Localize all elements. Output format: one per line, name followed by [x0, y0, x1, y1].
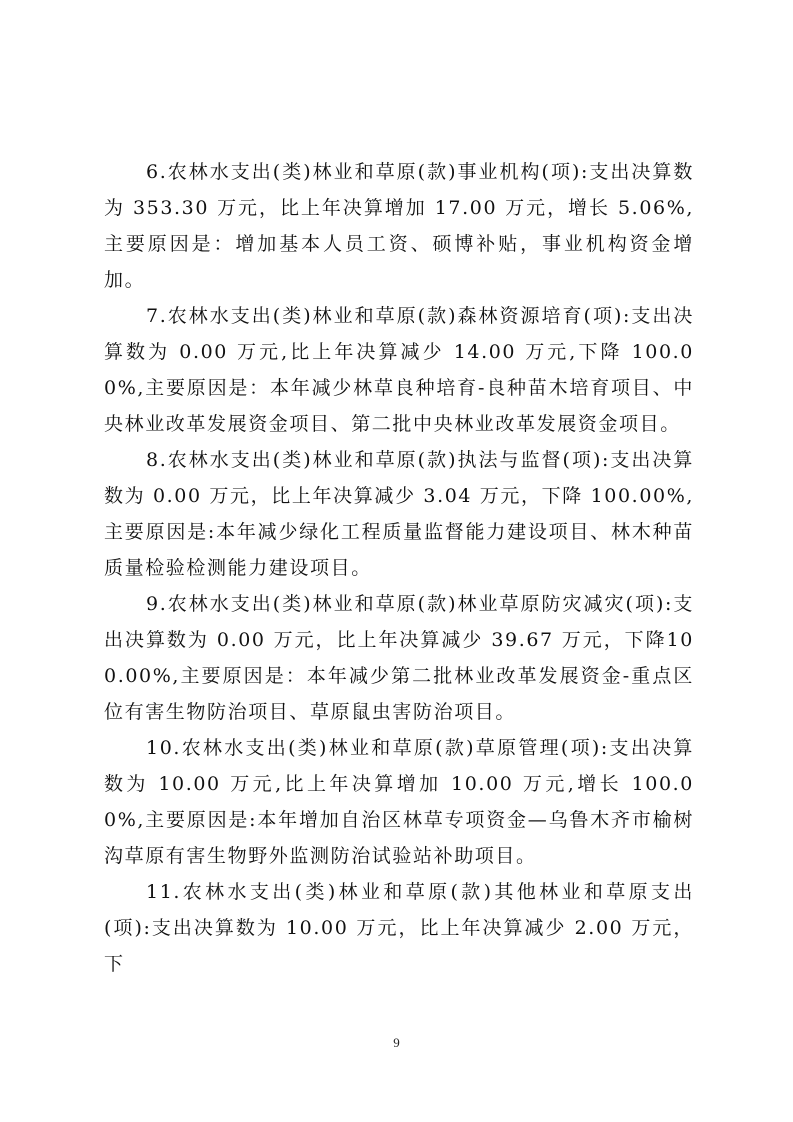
- paragraph-item-7: 7.农林水支出(类)林业和草原(款)森林资源培育(项):支出决算数为 0.00 …: [104, 298, 694, 442]
- paragraph-item-11: 11.农林水支出(类)林业和草原(款)其他林业和草原支出(项):支出决算数为 1…: [104, 874, 694, 982]
- page-number: 9: [0, 1035, 793, 1051]
- paragraph-item-6: 6.农林水支出(类)林业和草原(款)事业机构(项):支出决算数为 353.30 …: [104, 154, 694, 298]
- paragraph-item-10: 10.农林水支出(类)林业和草原(款)草原管理(项):支出决算数为 10.00 …: [104, 730, 694, 874]
- paragraph-item-9: 9.农林水支出(类)林业和草原(款)林业草原防灾减灾(项):支出决算数为 0.0…: [104, 586, 694, 730]
- paragraph-item-8: 8.农林水支出(类)林业和草原(款)执法与监督(项):支出决算数为 0.00 万…: [104, 442, 694, 586]
- document-body: 6.农林水支出(类)林业和草原(款)事业机构(项):支出决算数为 353.30 …: [104, 154, 694, 982]
